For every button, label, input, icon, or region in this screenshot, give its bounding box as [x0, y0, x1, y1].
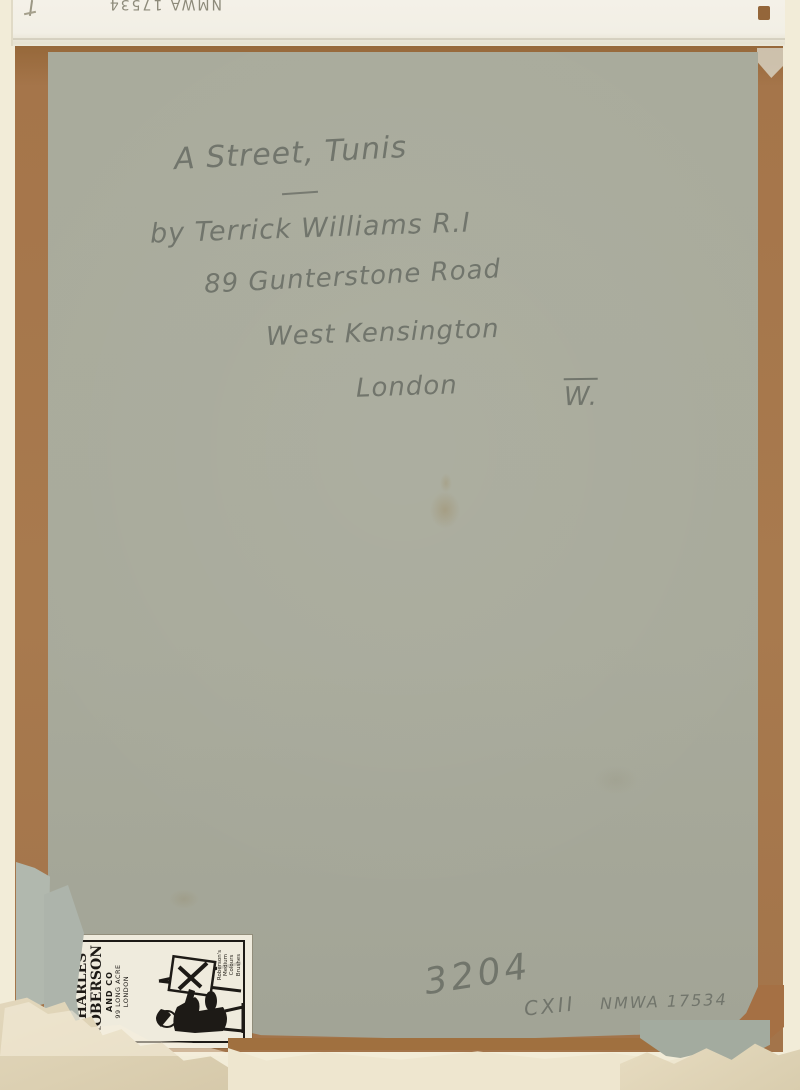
inverted-accession-inscription: NMWA 17534	[52, 0, 222, 12]
label-products-line: Brushes	[236, 944, 242, 986]
label-address-line2: LONDON	[123, 943, 130, 1040]
grey-green-paper	[48, 52, 758, 1042]
left-edge-crease	[11, 0, 13, 46]
verso-photograph: NMWA 17534 A Street, Tunis by Terrick Wi…	[0, 0, 800, 1090]
backing-sheet-fold-shadow	[13, 38, 785, 40]
handwritten-postal-district: W.	[564, 378, 598, 413]
handwritten-address-line3: London	[356, 370, 459, 404]
mount-notch-tear	[758, 6, 770, 20]
label-products-text: Roberson's Medium Colours Brushes	[217, 944, 242, 986]
